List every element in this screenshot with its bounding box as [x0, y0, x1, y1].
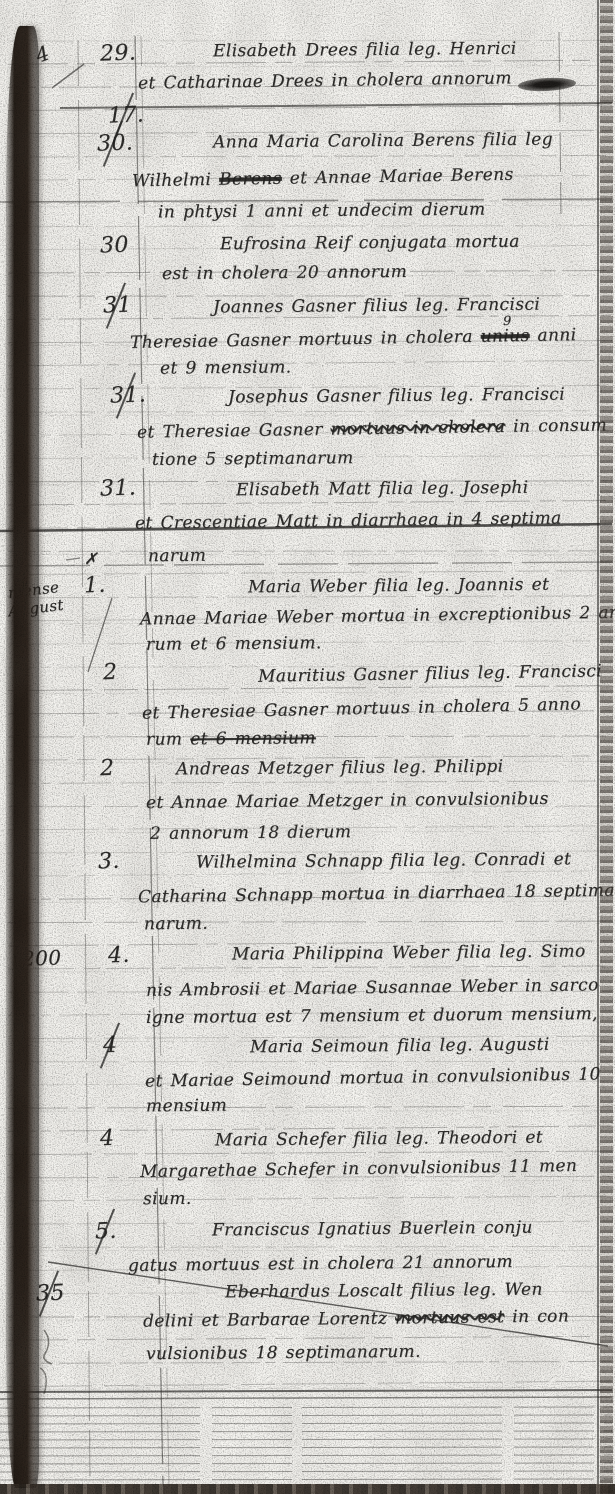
entry-line: Maria Schefer filia leg. Theodori et: [215, 1128, 543, 1151]
entry-line: Wilhelmina Schnapp filia leg. Conradi et: [196, 849, 571, 873]
entry-line: Wilhelmi Berens et Annae Mariae Berens: [132, 165, 514, 192]
margin-entry-number: 35: [36, 1281, 66, 1308]
superscript-correction: 9: [503, 314, 512, 330]
scan-bottom-edge: [0, 1484, 615, 1494]
entry-line: et Catharinae Drees in cholera annorum: [138, 68, 512, 94]
entry-line: et Theresiae Gasner mortuus in cholera 5…: [142, 694, 581, 724]
entry-number: 2: [100, 756, 115, 783]
scan-left-edge: [6, 26, 39, 1488]
entry-line: Maria Seimoun filia leg. Augusti: [250, 1035, 550, 1058]
entry-number: 4.: [108, 943, 131, 970]
entry-line-segment: et Annae Mariae Berens: [282, 165, 514, 189]
entry-line: nis Ambrosii et Mariae Susannae Weber in…: [146, 975, 599, 1001]
entry-number: 5.: [95, 1219, 118, 1246]
entry-line: rum et 6 mensium: [146, 728, 316, 750]
entry-line: sium.: [143, 1189, 192, 1210]
entry-line: et Annae Mariae Metzger in convulsionibu…: [146, 789, 549, 814]
entry-line: Margarethae Schefer in convulsionibus 11…: [140, 1156, 578, 1182]
entry-line: Josephus Gasner filius leg. Francisci: [228, 385, 565, 408]
entry-line: Annae Mariae Weber mortua in excreptioni…: [140, 602, 615, 629]
entry-line-segment: anni: [529, 325, 576, 346]
entry-line-segment: delini et Barbarae Lorentz: [143, 1309, 395, 1332]
entry-line: Andreas Metzger filius leg. Philippi: [176, 757, 504, 780]
entry-number: 31: [103, 293, 133, 320]
entry-line-segment: in consum: [505, 415, 607, 437]
entry-number: 30.: [97, 130, 134, 158]
entry-line: rum et 6 mensium.: [146, 633, 322, 655]
entry-number: 2: [103, 660, 118, 687]
entry-line: Franciscus Ignatius Buerlein conju: [212, 1218, 533, 1241]
struck-text: Berens: [219, 169, 282, 190]
entry-number: 30: [100, 233, 130, 260]
entry-number: 3.: [98, 849, 121, 876]
entry-line: gatus mortuus est in cholera 21 annorum: [128, 1252, 513, 1276]
entry-number: 4: [100, 1126, 115, 1153]
struck-text: mortuus est: [395, 1307, 505, 1328]
entry-line: 2 annorum 18 dierum: [150, 822, 351, 844]
entry-line: Elisabeth Matt filia leg. Josephi: [236, 478, 529, 501]
entry-line-segment: rum: [146, 729, 190, 749]
entry-line: Catharina Schnapp mortua in diarrhaea 18…: [138, 881, 615, 908]
entry-line: et Theresiae Gasner mortuus in cholera i…: [137, 415, 607, 443]
entry-line: delini et Barbarae Lorentz mortuus est i…: [143, 1306, 569, 1332]
entry-number: 17.: [108, 102, 145, 130]
check-mark: ✗: [84, 549, 98, 568]
entry-line-segment: Wilhelmi: [132, 170, 219, 192]
entry-line: narum: [148, 546, 206, 567]
entry-line: igne mortua est 7 mensium et duorum mens…: [146, 1004, 598, 1028]
entry-line: mensium: [146, 1096, 227, 1117]
entry-line: in phtysi 1 anni et undecim dierum: [158, 200, 486, 223]
entry-line: Maria Philippina Weber filia leg. Simo: [232, 941, 586, 964]
entry-line-segment: Theresiae Gasner mortuus in cholera: [130, 327, 481, 353]
scan-right-edge: [600, 0, 613, 1494]
entry-line: et Crescentiae Matt in diarrhaea in 4 se…: [135, 508, 562, 534]
entry-line: est in cholera 20 annorum: [162, 262, 407, 285]
entry-line: et 9 mensium.: [160, 357, 292, 379]
entry-line: Eberhardus Loscalt filius leg. Wen: [225, 1280, 543, 1303]
entry-line: Anna Maria Carolina Berens filia leg: [213, 130, 553, 153]
entry-number: 4: [103, 1033, 118, 1060]
entry-number: 31.: [100, 475, 137, 503]
entry-number: 1.: [84, 573, 107, 600]
entry-line: vulsionibus 18 septimanarum.: [146, 1342, 421, 1365]
entry-number: 31.: [110, 382, 147, 410]
entry-line-segment: et Theresiae Gasner: [137, 420, 331, 443]
entry-line: Joannes Gasner filius leg. Francisci: [213, 295, 540, 318]
entry-line: Eufrosina Reif conjugata mortua: [220, 232, 520, 255]
register-page: 4 29. Elisabeth Drees filia leg. Henrici…: [0, 0, 615, 1494]
struck-text: et 6 mensium: [190, 728, 316, 749]
entry-line: Mauritius Gasner filius leg. Francisci: [258, 661, 602, 687]
struck-text: mortuus in cholera: [330, 417, 505, 440]
entry-line-segment: in con: [504, 1306, 569, 1327]
ink-blot: [518, 76, 577, 92]
entry-line: tione 5 septimanarum: [152, 448, 354, 470]
entry-line: narum.: [144, 914, 208, 935]
entry-line: Elisabeth Drees filia leg. Henrici: [213, 39, 517, 62]
entry-line: Maria Weber filia leg. Joannis et: [248, 575, 550, 598]
entry-line: et Mariae Seimound mortua in convulsioni…: [145, 1064, 601, 1092]
entry-number: 29.: [100, 40, 137, 68]
